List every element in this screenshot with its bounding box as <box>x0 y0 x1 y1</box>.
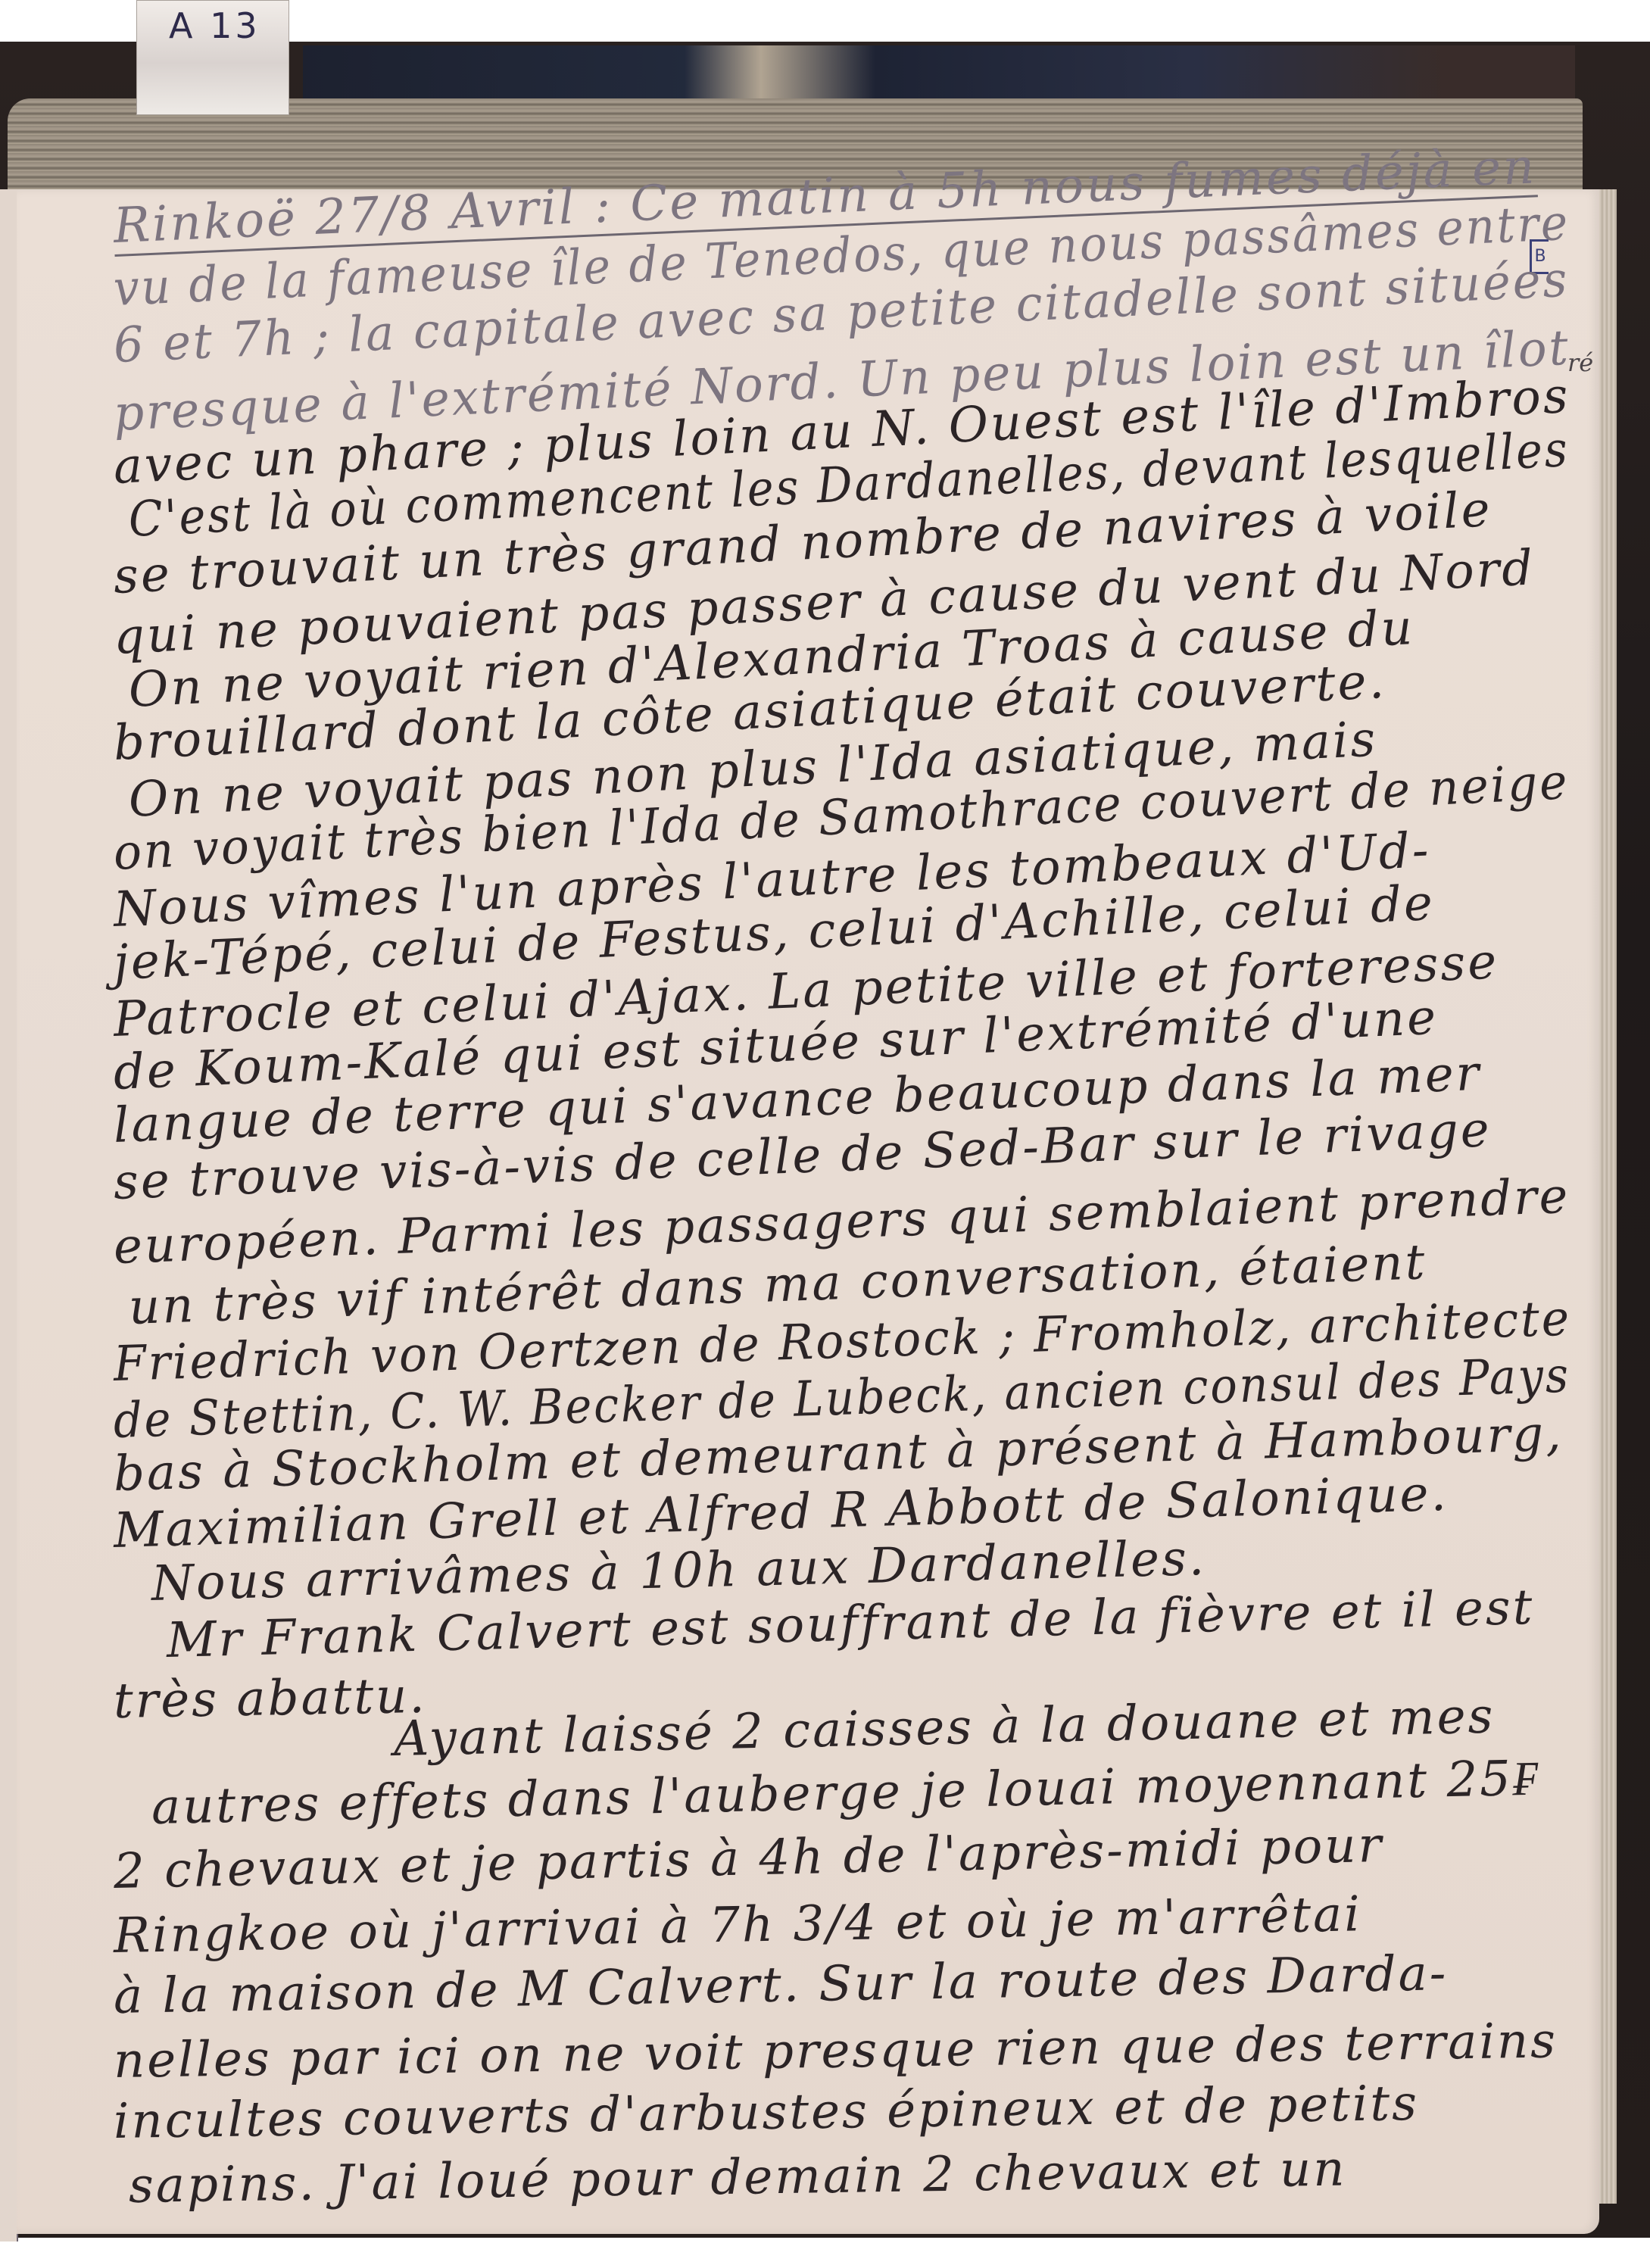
text-line-27: très abattu. <box>113 1668 427 1730</box>
cover-damaged-edge <box>303 45 1575 106</box>
archive-label: A 13 <box>136 0 289 115</box>
archive-label-text: A 13 <box>169 5 260 46</box>
margin-note: ré <box>1567 348 1593 377</box>
facing-page-edge <box>0 189 18 2241</box>
